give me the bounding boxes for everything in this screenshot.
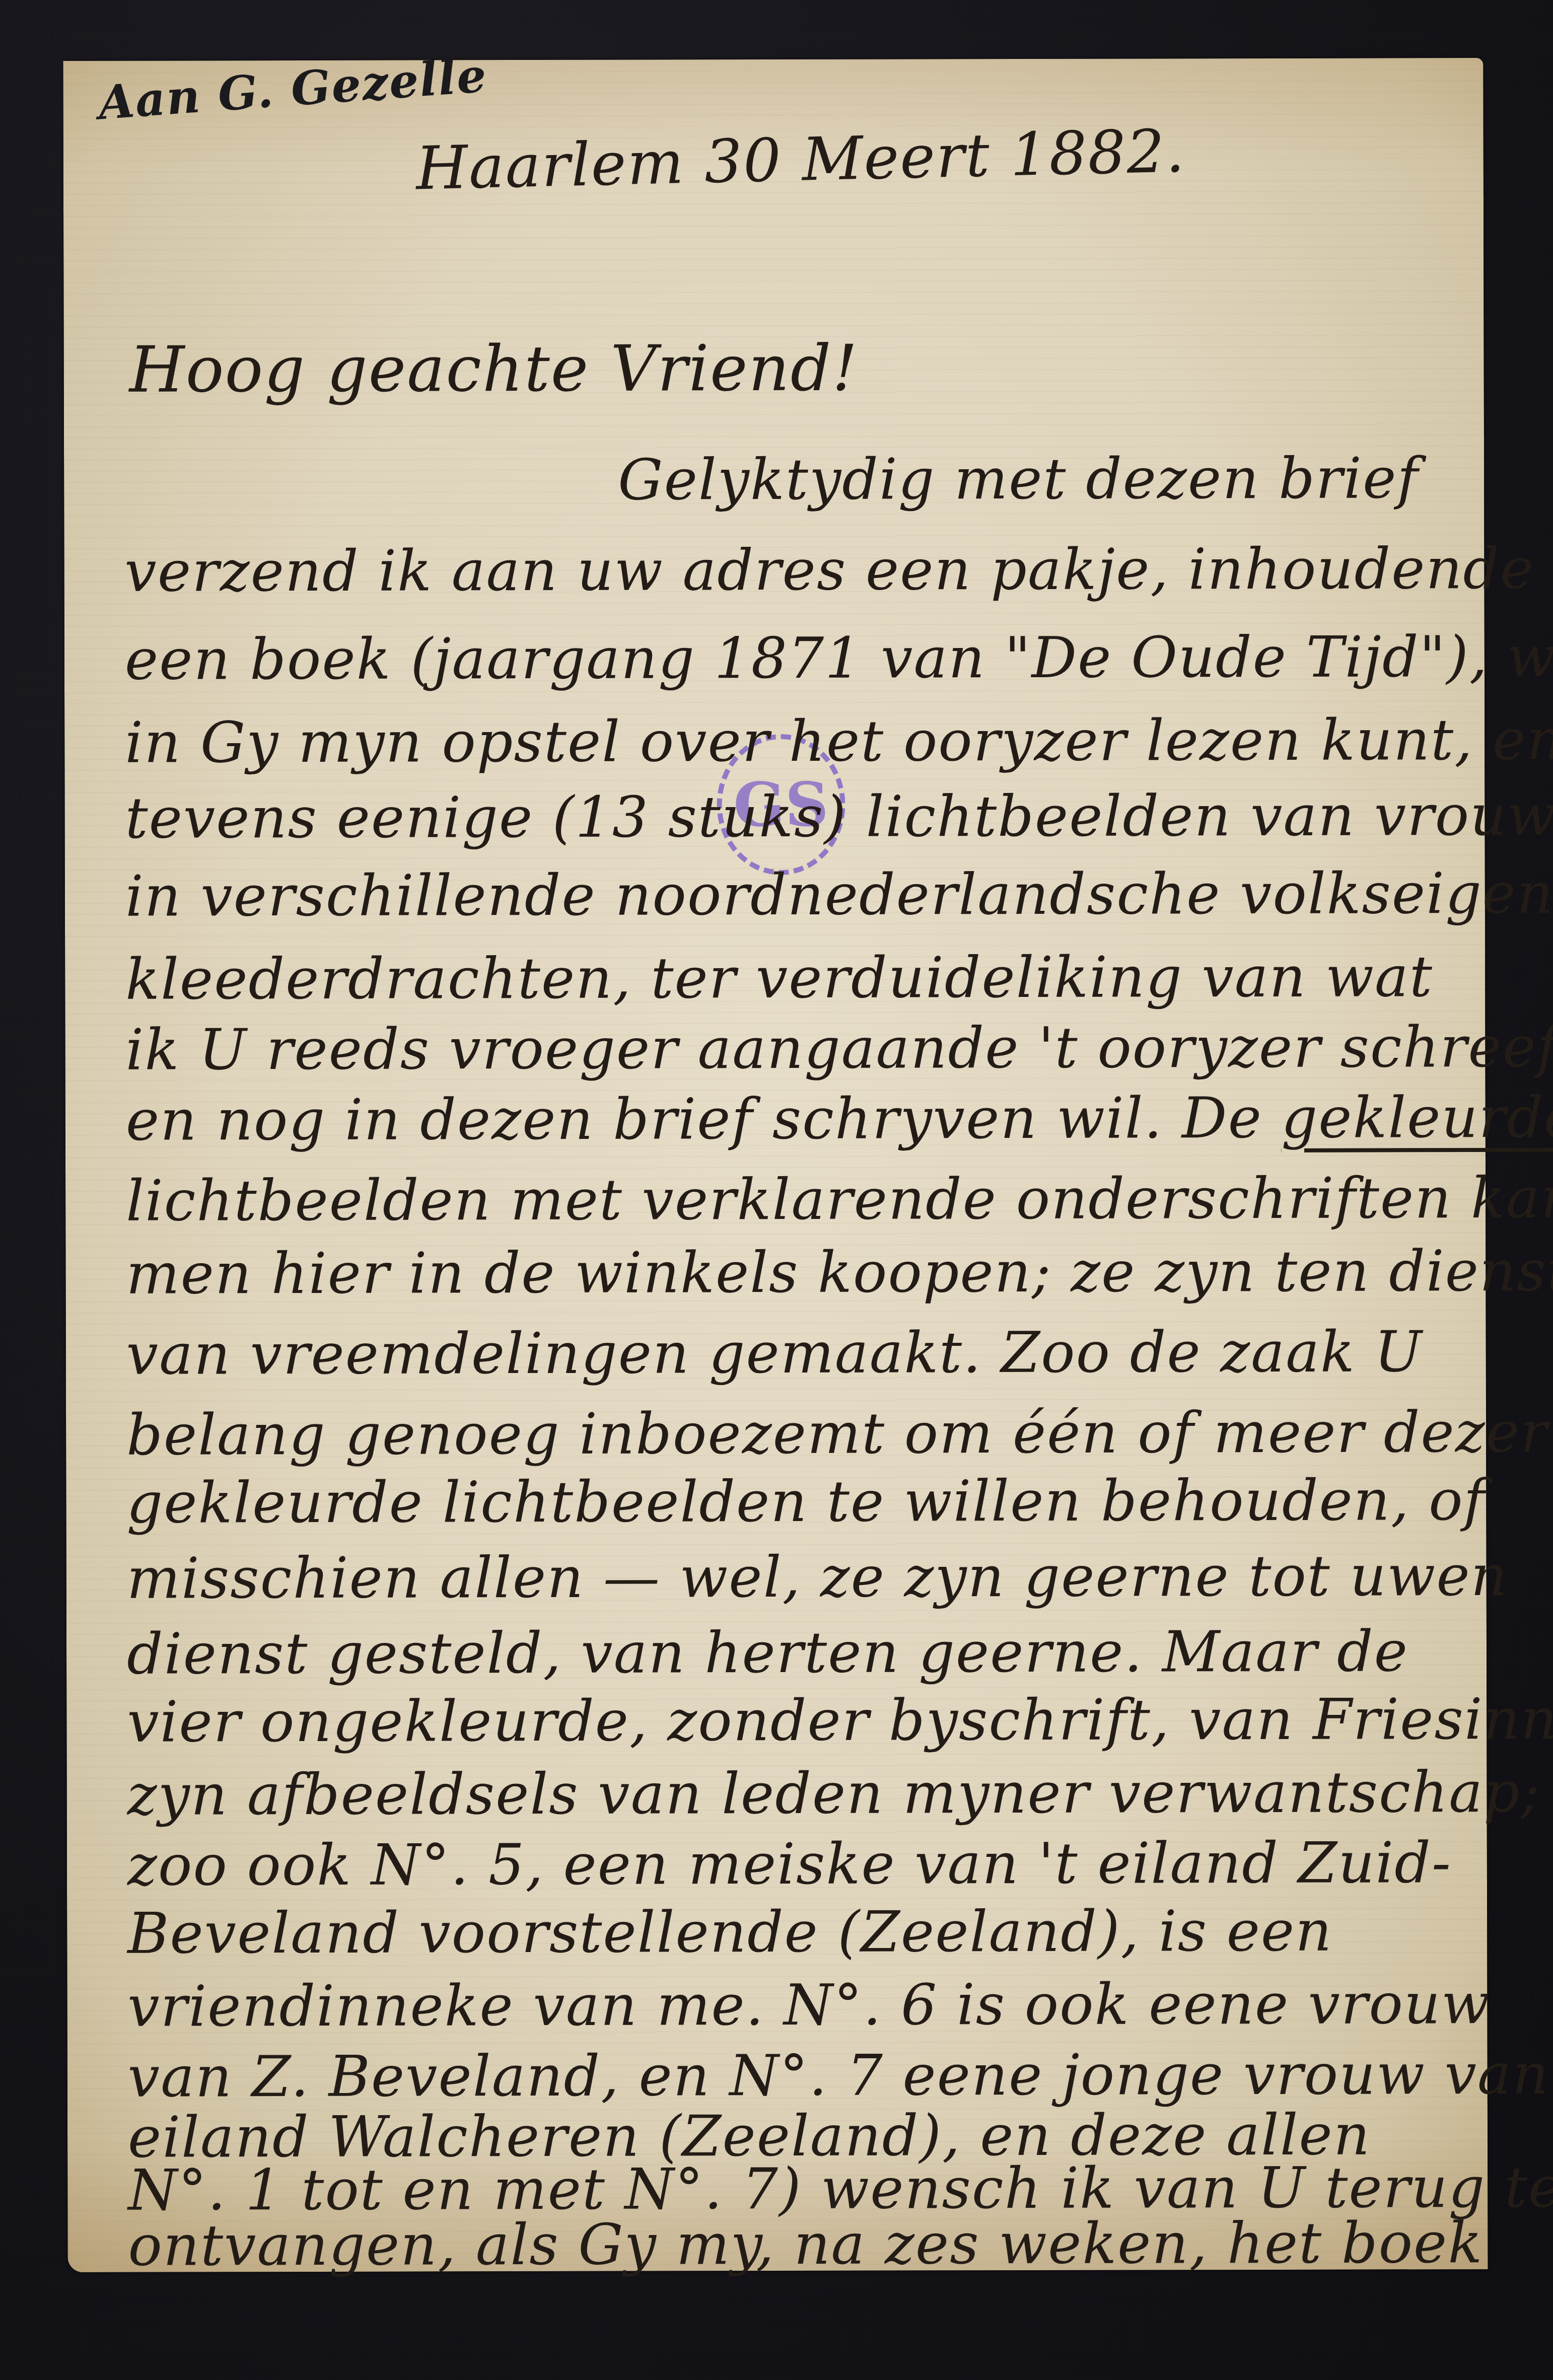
salutation: Hoog geachte Vriend! xyxy=(129,331,859,407)
body-line-9: en nog in dezen brief schryven wil. De g… xyxy=(126,1085,1553,1153)
body-line-8: ik U reeds vroeger aangaande 't ooryzer … xyxy=(125,1015,1553,1083)
body-line-17: vier ongekleurde, zonder byschrift, van … xyxy=(127,1686,1553,1755)
letter-page: Aan G. Gezelle Haarlem 30 Meert 1882. Ho… xyxy=(63,58,1488,2272)
underlined-word: gekleurde xyxy=(1281,1085,1553,1151)
body-line-7: kleederdrachten, ter verduideliking van … xyxy=(125,944,1433,1012)
body-line-4: in Gy myn opstel over het ooryzer lezen … xyxy=(125,707,1553,776)
body-line-13: belang genoeg inboezemt om één of meer d… xyxy=(126,1400,1548,1468)
body-line-25: ontvangen, als Gy my, na zes weken, het … xyxy=(128,2210,1483,2279)
body-line-1: Gelyktydig met dezen brief xyxy=(618,446,1419,513)
body-line-3: een boek (jaargang 1871 van "De Oude Tij… xyxy=(125,624,1553,692)
body-line-11: men hier in de winkels koopen; ze zyn te… xyxy=(126,1239,1553,1307)
recipient-annotation: Aan G. Gezelle xyxy=(97,48,489,130)
body-line-19: zoo ook N°. 5, een meiske van 't eiland … xyxy=(127,1830,1452,1899)
place-date-line: Haarlem 30 Meert 1882. xyxy=(415,116,1186,203)
body-line-10: lichtbeelden met verklarende onderschrif… xyxy=(126,1166,1553,1234)
body-line-5: tevens eenige (13 stuks) lichtbeelden va… xyxy=(125,782,1553,851)
body-line-6: in verschillende noordnederlandsche volk… xyxy=(125,861,1553,929)
body-line-15: misschien allen — wel, ze zyn geerne tot… xyxy=(127,1543,1508,1612)
body-line-20: Beveland voorstellende (Zeeland), is een xyxy=(127,1899,1333,1967)
body-line-18: zyn afbeeldsels van leden myner verwants… xyxy=(127,1760,1540,1828)
body-line-2: verzend ik aan uw adres een pakje, inhou… xyxy=(124,536,1534,605)
body-line-9-text: en nog in dezen brief schryven wil. De g… xyxy=(126,1085,1553,1153)
body-line-16: dienst gesteld, van herten geerne. Maar … xyxy=(127,1619,1408,1687)
body-line-22: van Z. Beveland, en N°. 7 eene jonge vro… xyxy=(128,2042,1553,2110)
body-line-21: vriendinneke van me. N°. 6 is ook eene v… xyxy=(127,1971,1491,2040)
body-line-12: van vreemdelingen gemaakt. Zoo de zaak U xyxy=(126,1319,1423,1387)
body-line-14: gekleurde lichtbeelden te willen behoude… xyxy=(126,1468,1486,1536)
